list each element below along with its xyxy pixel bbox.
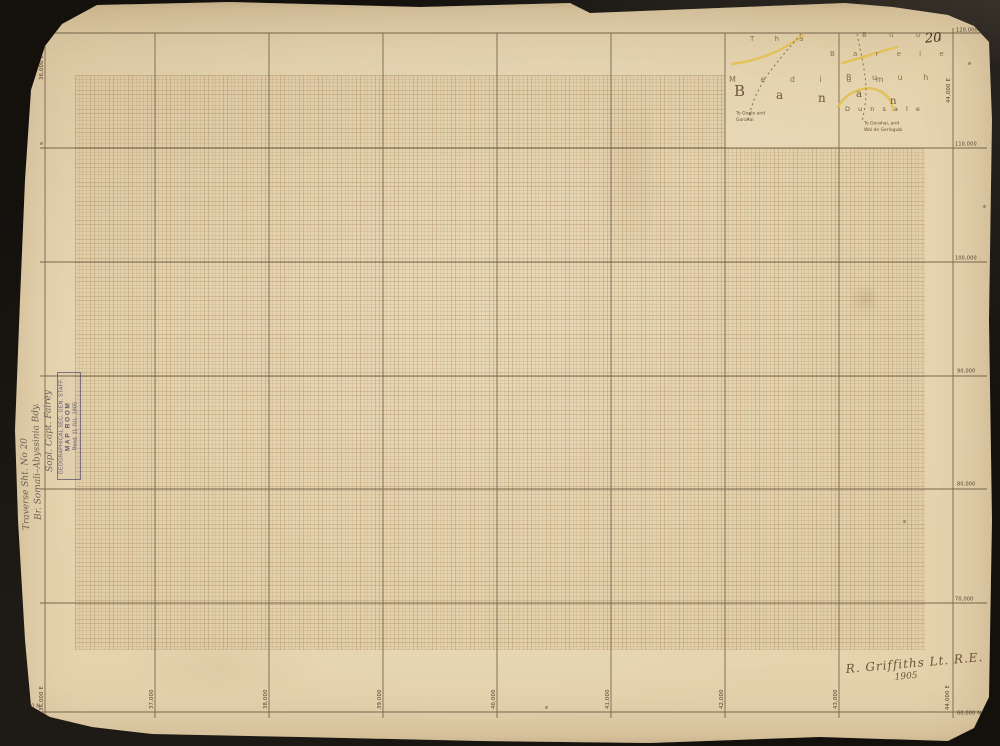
stamp-date-line: Recd. 11 JUL. 1905	[72, 373, 79, 479]
received-stamp-box: GEOGRAPHICAL SEC. GEN. STAFF. MAP ROOM R…	[57, 372, 81, 480]
edge-label-bottom-41000: 41,000	[605, 689, 610, 709]
route-note-line: Wal de Gerlogubi	[864, 127, 902, 134]
edge-label-bottom-right-n: 60,000 N	[957, 711, 981, 716]
edge-label-right-100000: 100,000	[955, 256, 977, 261]
edge-label-bottom-left-e: 36,000 E	[39, 686, 44, 711]
edge-label-bottom-right-e: 44,000 E	[945, 685, 950, 710]
edge-label-right-90000: 90,000	[957, 369, 975, 374]
route-note-goglo: To Goglo and Gorahai	[736, 110, 765, 124]
received-stamp-text: GEOGRAPHICAL SEC. GEN. STAFF. MAP ROOM R…	[58, 373, 80, 479]
region-letter-B: B	[734, 84, 745, 99]
route-note-line: To Goglo and	[736, 110, 765, 117]
edge-label-bottom-39000: 39,000	[377, 689, 382, 709]
edge-label-right-70000: 70,000	[955, 597, 973, 602]
paper-sheet: 120,000 N 36,000 E 120,000 N 44,000 E 11…	[0, 0, 1000, 746]
place-name-dunsale: D u n s a l e	[845, 106, 923, 113]
edge-label-right-80000: 80,000	[957, 482, 975, 487]
route-note-line: Gorahai	[736, 117, 765, 124]
place-name-buuh: B u u h	[846, 74, 937, 82]
place-name-barele: B a r e l e	[830, 51, 952, 58]
edge-label-bottom-40000: 40,000	[491, 689, 496, 709]
handwritten-note-officer: Sopl. Capt. Fairey	[42, 372, 57, 472]
region-letter-a: a	[776, 89, 783, 101]
edge-label-bottom-left-n: 60,000 N	[16, 704, 40, 709]
place-name-buu: B u u	[862, 32, 930, 39]
edge-label-right-110000: 110,000	[955, 142, 977, 147]
place-name-tha: T h a	[750, 36, 812, 43]
edge-label-top-left-e: 36,000 E	[39, 55, 44, 80]
edge-label-top-left-n: 120,000 N	[17, 27, 44, 32]
edge-label-bottom-42000: 42,000	[719, 689, 724, 709]
grid-lines	[16, 28, 987, 718]
edge-label-top-right-e: 44,000 E	[946, 78, 951, 103]
scanned-map-sheet: 120,000 N 36,000 E 120,000 N 44,000 E 11…	[0, 0, 1000, 746]
stamp-room-line: MAP ROOM	[64, 373, 72, 479]
edge-label-bottom-38000: 38,000	[263, 689, 268, 709]
edge-label-bottom-43000: 43,000	[833, 689, 838, 709]
route-note-line: To Gorahai, and	[864, 120, 902, 127]
edge-label-bottom-37000: 37,000	[149, 689, 154, 709]
region-letter-n: n	[818, 92, 826, 104]
route-note-gorahai: To Gorahai, and Wal de Gerlogubi	[864, 120, 902, 134]
region-letter-a2: a	[856, 90, 862, 100]
map-room-stamp-group: Traverse Sht. No 20 Br. Somali–Abyssinia…	[17, 372, 81, 532]
